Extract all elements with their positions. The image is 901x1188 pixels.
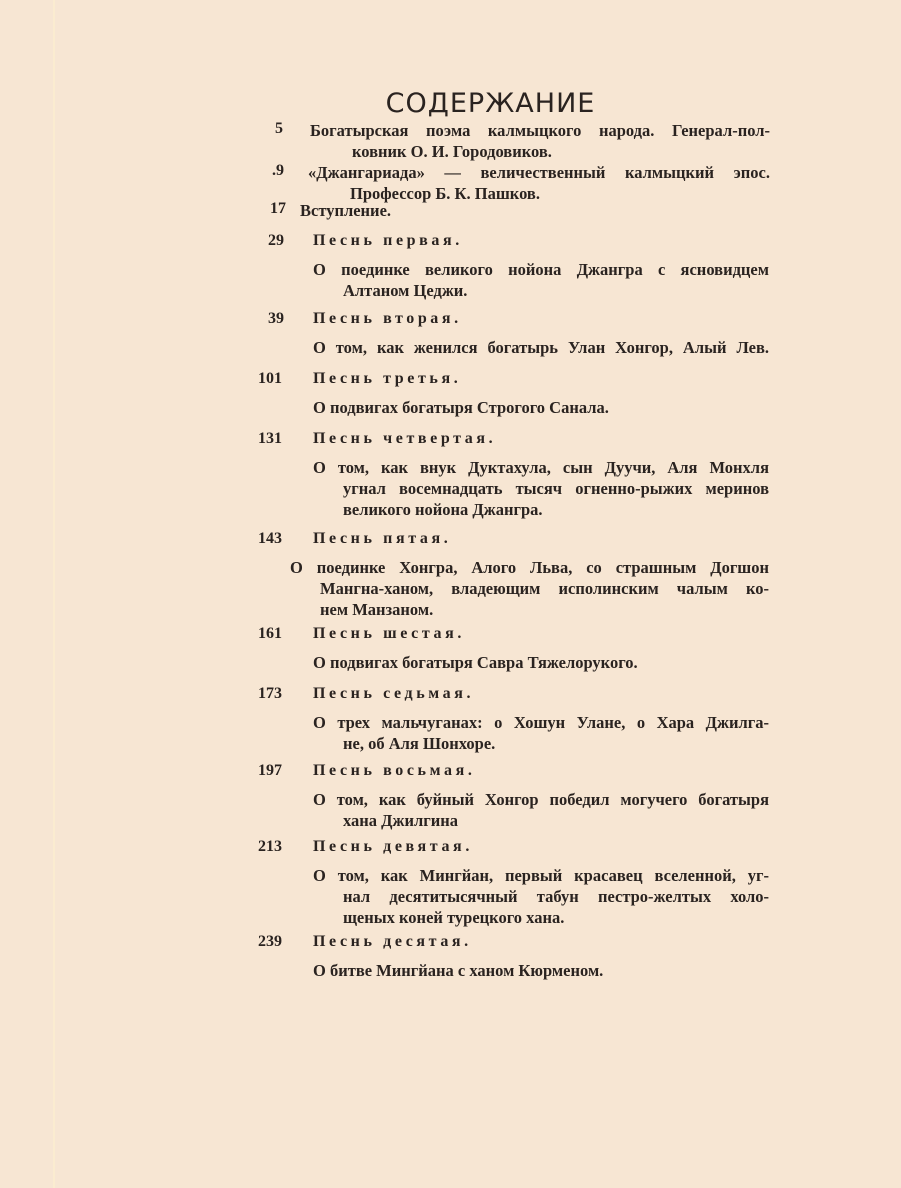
page-number: 39 bbox=[268, 310, 298, 328]
song-description: нал десятитысячный табун пестро-желтых х… bbox=[313, 886, 769, 907]
song-heading: Песнь первая. bbox=[313, 232, 463, 250]
song-description: О трех мальчуганах: о Хошун Улане, о Хар… bbox=[313, 712, 769, 733]
song-heading: Песнь пятая. bbox=[313, 530, 451, 548]
song-description: нем Манзаном. bbox=[290, 599, 769, 620]
entry-text: Вступление. bbox=[300, 200, 391, 221]
song-heading: Песнь десятая. bbox=[313, 933, 472, 951]
song-description: О том, как буйный Хонгор победил могучег… bbox=[313, 789, 769, 810]
song-heading: Песнь шестая. bbox=[313, 625, 465, 643]
page-number: 5 bbox=[275, 120, 305, 138]
song-description: хана Джилгина bbox=[313, 810, 769, 831]
song-heading: Песнь девятая. bbox=[313, 838, 473, 856]
entry-text: Богатырская поэма калмыцкого народа. Ген… bbox=[310, 120, 770, 141]
page-number: .9 bbox=[272, 162, 302, 180]
page-number: 173 bbox=[258, 685, 288, 703]
page-number: 197 bbox=[258, 762, 288, 780]
song-heading: Песнь третья. bbox=[313, 370, 461, 388]
song-heading: Песнь четвертая. bbox=[313, 430, 496, 448]
song-description: О подвигах богатыря Савра Тяжелорукого. bbox=[313, 652, 769, 673]
song-description: О поединке Хонгра, Алого Льва, со страшн… bbox=[290, 557, 769, 578]
page-number: 29 bbox=[268, 232, 298, 250]
song-description: О поединке великого нойона Джангра с ясн… bbox=[313, 259, 769, 280]
song-description: великого нойона Джангра. bbox=[313, 499, 769, 520]
song-description: Алтаном Цеджи. bbox=[313, 280, 769, 301]
page-number: 131 bbox=[258, 430, 288, 448]
song-description: угнал восемнадцать тысяч огненно-рыжих м… bbox=[313, 478, 769, 499]
song-heading: Песнь вторая. bbox=[313, 310, 462, 328]
song-heading: Песнь восьмая. bbox=[313, 762, 475, 780]
song-description: не, об Аля Шонхоре. bbox=[313, 733, 769, 754]
song-description: О том, как женился богатырь Улан Хонгор,… bbox=[313, 337, 769, 358]
page-number: 101 bbox=[258, 370, 288, 388]
page-number: 239 bbox=[258, 933, 288, 951]
page-number: 17 bbox=[270, 200, 300, 218]
page-number: 213 bbox=[258, 838, 288, 856]
song-description: О том, как внук Дуктахула, сын Дуучи, Ал… bbox=[313, 457, 769, 478]
song-description: О том, как Мингйан, первый красавец всел… bbox=[313, 865, 769, 886]
song-description: О подвигах богатыря Строгого Санала. bbox=[313, 397, 769, 418]
song-description: Мангна-ханом, владеющим исполинским чалы… bbox=[290, 578, 769, 599]
page-number: 143 bbox=[258, 530, 288, 548]
song-description: щеных коней турецкого хана. bbox=[313, 907, 769, 928]
table-of-contents: 5 Богатырская поэма калмыцкого народа. Г… bbox=[0, 0, 901, 1188]
entry-text: ковник О. И. Городовиков. bbox=[310, 141, 770, 162]
song-description: О битве Мингйана с ханом Кюрменом. bbox=[313, 960, 769, 981]
page-number: 161 bbox=[258, 625, 288, 643]
song-heading: Песнь седьмая. bbox=[313, 685, 474, 703]
entry-text: «Джангариада» — величественный калмыцкий… bbox=[308, 162, 770, 183]
